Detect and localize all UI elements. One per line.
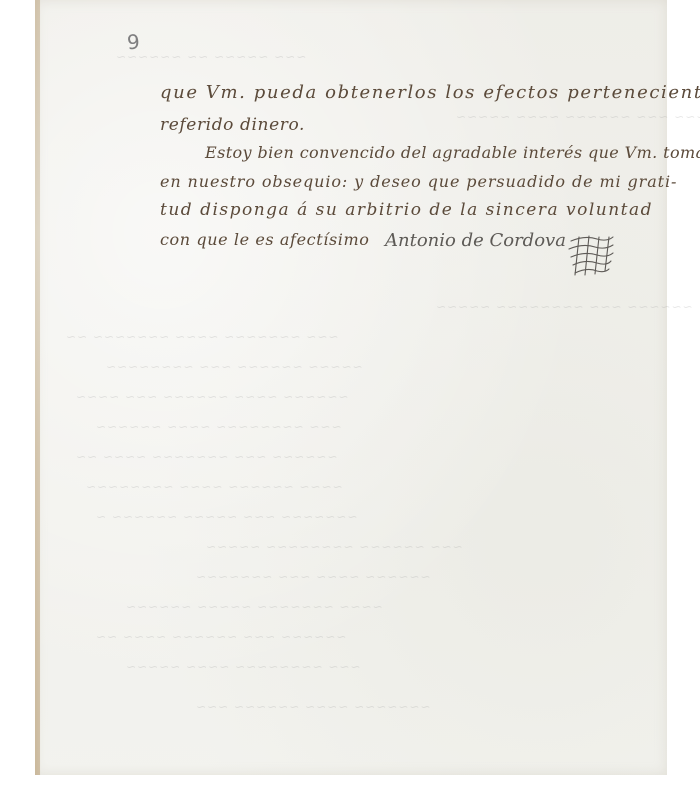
bleed-through-line: ~~~ ~~~~~~~~ ~~~~ ~~~~~	[125, 660, 361, 674]
bleed-through-line: ~~~~ ~~~~~~~ ~~~~~ ~~~~~~	[125, 600, 383, 614]
bleed-through-line: ~~~~~ ~~~ ~~~~~~ ~~~~ ~~~~~	[455, 110, 700, 124]
bleed-through-line: ~~~~~ ~~~~~~ ~~~ ~~~~~~~~	[105, 360, 363, 374]
text-line: que Vm. pueda obtenerlos los efectos per…	[160, 82, 700, 103]
bleed-through-line: ~~~~~~ ~~~ ~~~~~~~ ~~~~ ~~	[75, 450, 337, 464]
bleed-through-line: ~~~~~~ ~~~~ ~~~ ~~~~~~~	[195, 570, 431, 584]
bleed-through-line: ~~~ ~~~~~~~~ ~~~~ ~~~~~~	[95, 420, 342, 434]
text-line: en nuestro obsequio: y deseo que persuad…	[160, 172, 677, 191]
bleed-through-line: ~~~~~~ ~~~ ~~~~~~ ~~~~ ~~	[95, 630, 346, 644]
signature: Antonio de Cordova	[385, 230, 566, 251]
text-line: Estoy bien convencido del agradable inte…	[205, 143, 700, 162]
text-line: referido dinero.	[160, 115, 305, 135]
manuscript-page: 9 ~~~ ~~~~~ ~~ ~~~~~~ ~~~~~ ~~~ ~~~~~~ ~…	[35, 0, 667, 775]
bleed-through-line: ~~~ ~~~~~~~ ~~~~ ~~~~~~~ ~~	[65, 330, 339, 344]
signature-rubric-icon	[567, 233, 617, 278]
bleed-through-line: ~~~ ~~~~~ ~~ ~~~~~~	[115, 50, 306, 64]
bleed-through-line: ~~~~~~~ ~~~ ~~~~~ ~~~~~~ ~	[95, 510, 357, 524]
text-line: tud disponga á su arbitrio de la sincera…	[160, 200, 653, 220]
bleed-through-line: ~~~~~~ ~~~ ~~~~~~~~ ~~~~~	[435, 300, 693, 314]
bleed-through-line: ~~~~ ~~~~~~ ~~~~ ~~~~~~~~	[85, 480, 343, 494]
bleed-through-line: ~~~~~~ ~~~~ ~~~~~~ ~~~ ~~~~	[75, 390, 349, 404]
bleed-through-line: ~~~ ~~~~~~ ~~~~~~~~ ~~~~~	[205, 540, 463, 554]
text-line: con que le es afectísimo	[160, 230, 370, 249]
bleed-through-line: ~~~~~~~ ~~~~ ~~~~~~ ~~~	[195, 700, 431, 714]
aged-paper-edge	[35, 0, 40, 775]
